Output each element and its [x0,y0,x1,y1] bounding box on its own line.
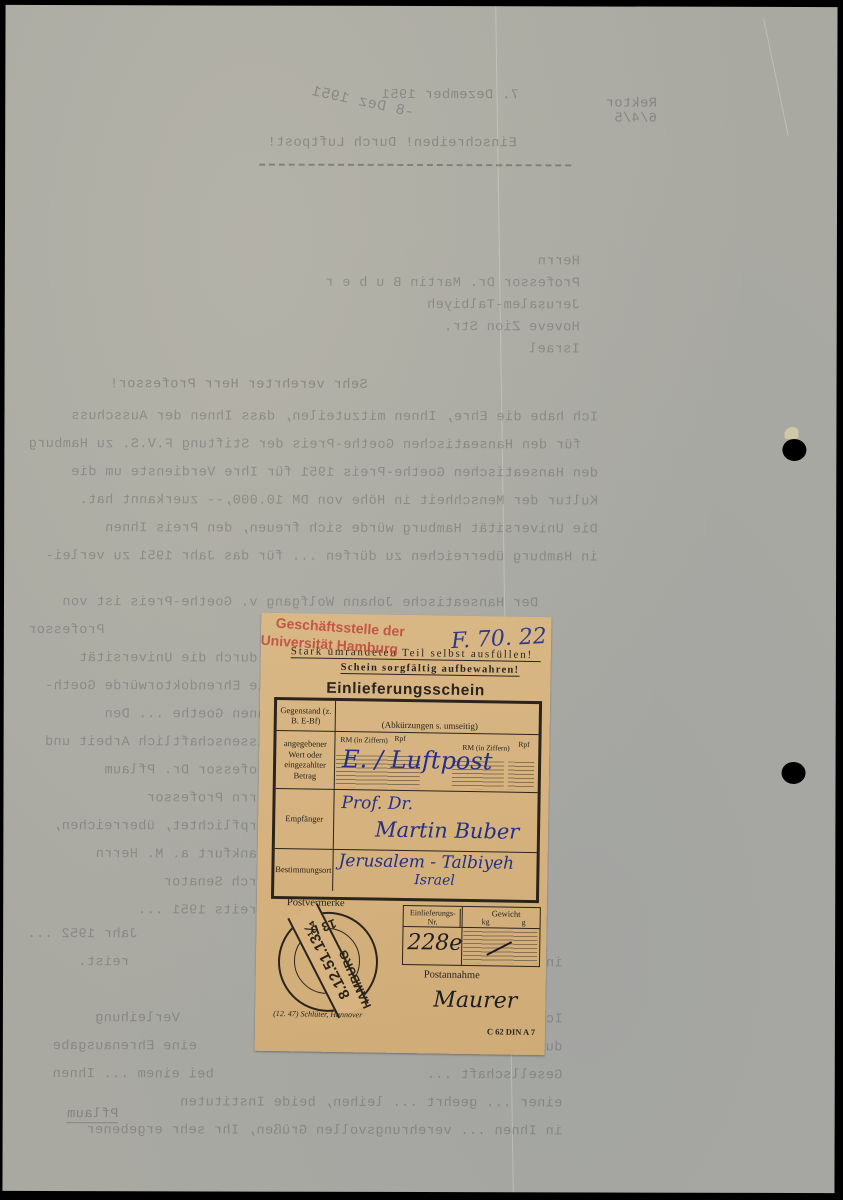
col-pf-2: Rpf [518,740,529,749]
bleedthrough-delivery-line: Einschreiben! Durch Luftpost! [267,136,516,152]
label-kg: kg [482,917,490,926]
receipt-instruction-2: Schein sorgfältig aufbewahren! [341,662,520,677]
row-bestimmungsort: Bestimmungsort Jerusalem - Talbiyeh Isra… [274,848,537,894]
punch-hole-top [782,439,806,461]
postal-receipt: Stark umrandeten Teil selbst ausfüllen! … [255,613,552,1056]
label-einlieferungs-nr: Einlieferungs-Nr. [406,908,461,927]
bleedthrough-sender-ref: Rektor 6/4/5 [605,96,657,126]
label-empfaenger: Empfänger [275,788,335,849]
col-rm-1: RM (in Ziffern) [340,735,387,745]
hint-abbreviations: (Abkürzungen s. umseitig) [382,720,478,732]
label-gegenstand: Gegenstand (z. B. E-Bf) [277,700,336,731]
label-wert: angegebener Wert oder eingezahlter Betra… [276,730,336,789]
handwritten-reference: F. 70. 22 [450,624,547,654]
row-wert: angegebener Wert oder eingezahlter Betra… [276,730,539,793]
handwritten-recipient-title: Prof. Dr. [341,793,413,814]
form-code: C 62 DIN A 7 [487,1026,535,1037]
label-g: g [522,918,526,927]
handwritten-country: Israel [414,872,455,889]
bleedthrough-paragraph-1: Ich habe die Ehre, Ihnen mitzuteilen, da… [28,403,598,572]
hatched-field [508,762,534,790]
handwritten-recipient-name: Martin Buber [375,818,520,844]
handwritten-destination: Jerusalem - Talbiyeh [338,851,514,874]
handwritten-wert: E. / Luftpost [342,745,493,775]
label-bestimmungsort: Bestimmungsort [274,848,334,891]
receipt-form-grid: Gegenstand (z. B. E-Bf) (Abkürzungen s. … [271,697,542,903]
label-gewicht: Gewicht [492,908,521,918]
punch-hole-tear [784,427,798,439]
bleedthrough-address: Herrn Professor Dr. Martin B u b e r Jer… [325,251,580,362]
label-postannahme: Postannahme [424,969,480,981]
punch-hole-bottom [782,762,806,784]
row-empfaenger: Empfänger Prof. Dr. Martin Buber [275,788,538,853]
clerk-signature: Maurer [433,987,517,1013]
hamburg-postmark: 8.12.51.13¼ HAMBURG 13 b [277,911,379,1013]
paper-crease [763,18,789,136]
bleedthrough-date: 7. Dezember 1951 [381,88,519,103]
separator-line [259,164,571,167]
col-pf-1: Rpf [394,734,405,743]
bleedthrough-salutation: Sehr verehrter Herr Professor! [110,377,368,393]
number-weight-box: Einlieferungs-Nr. Gewicht kg g 228e [402,905,541,967]
handwritten-einlieferungs-nr: 228e [407,930,462,956]
printer-imprint: (12. 47) Schlüter, Hannover [273,1009,362,1019]
bleedthrough-signature: Pflaum [67,1107,119,1123]
